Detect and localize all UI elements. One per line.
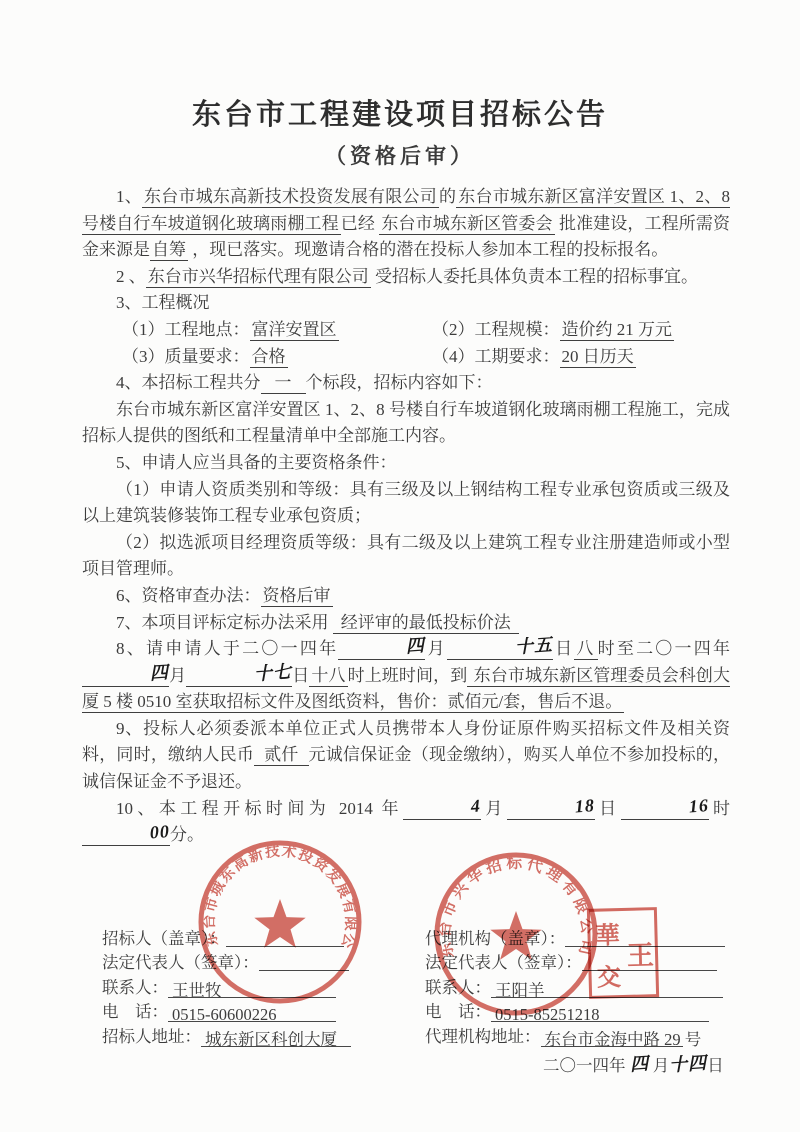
scanned-tender-announcement-page: 东台市工程建设项目招标公告 （资格后审） 1、东台市城东高新技术投资发展有限公司… [0,0,800,1132]
p6-method-underlined: 资格后审 [261,586,333,607]
p8-handwritten-month1: 四 [372,635,426,660]
p8-day2-blank: 十七 [186,665,292,687]
paragraph-8: 8、请申请人于二〇一四年四月十五日八时至二〇一四年四月十七日十八时上班时间，到 … [82,636,730,716]
seal-char-3: 王 [626,933,654,973]
project-location-value: 富洋安置区 [250,320,339,341]
paragraph-2: 2 、东台市兴华招标代理有限公司 受招标人委托具体负责本工程的招标事宜。 [82,264,730,291]
paragraph-10: 10、本工程开标时间为 2014 年4月18日16时00分。 [82,796,730,849]
p8-text5: 月 [169,666,186,685]
bidder-company-round-seal: 东台市城东高新技术投资发展有限公司 [192,834,368,1010]
p1-text4: ，现已落实。现邀请合格的潜在投标人参加本工程的投标报名。 [188,240,668,259]
bidder-address-row: 招标人地址：城东新区科创大厦 [102,1025,425,1049]
p1-bidder-name-underlined: 东台市城东高新技术投资发展有限公司 [142,187,439,208]
p2-agency-name-underlined: 东台市兴华招标代理有限公司 [146,267,371,288]
p7-method-underlined: 经评审的最低投标价法 [333,613,519,634]
date-handwritten-month: 四 [629,1049,650,1076]
p8-text2: 月 [425,639,446,658]
p4-section-count-underlined: 一 [261,373,306,394]
p1-text: 的 [439,187,456,206]
p8-month2-blank: 四 [82,665,169,687]
page-subtitle: （资格后审） [0,142,800,170]
paragraph-3-heading: 3、工程概况 [82,290,730,317]
p10-handwritten-month: 4 [436,795,481,819]
paragraph-7: 7、本项目评标定标办法采用 经评审的最低投标价法 [82,610,730,637]
agency-round-seal: 东台市兴华招标代理有限公司 [428,846,604,1022]
p8-month1-blank: 四 [338,638,425,660]
bidder-seal-star-icon [254,899,305,948]
p4-text: 4、本招标工程共分 [116,373,261,392]
overview-row-2: （3）质量要求：合格 （4）工期要求：20 日历天 [122,344,730,371]
bidder-contact-label: 联系人： [102,978,168,997]
project-location-label: （1）工程地点： [122,320,250,339]
p8-hour2-underlined: 十八 [309,666,347,687]
overview-row-1: （1）工程地点：富洋安置区 （2）工程规模：造价约 21 万元 [122,317,730,344]
paragraph-5-heading: 5、申请人应当具备的主要资格条件： [82,450,730,477]
p10-handwritten-hour: 16 [654,795,709,820]
quality-value: 合格 [250,347,288,368]
date-day-char: 日 [707,1056,724,1075]
p1-text2: 已经 [341,214,380,233]
p10-handwritten-day: 18 [540,795,595,820]
p8-text6: 日 [292,666,309,685]
p10-minute-blank: 00 [82,824,170,846]
quality-requirement: （3）质量要求：合格 [122,344,432,371]
p8-text7: 时上班时间，到 [348,666,468,685]
p10-text4: 时 [709,799,730,818]
p2-text: 受招标人委托具体负责本工程的招标事宜。 [371,267,698,286]
p10-text: 10、本工程开标时间为 2014 年 [116,799,403,818]
p10-text2: 月 [481,799,507,818]
p4-text2: 个标段，招标内容如下： [306,373,493,392]
project-overview-grid: （1）工程地点：富洋安置区 （2）工程规模：造价约 21 万元 （3）质量要求：… [82,317,730,370]
bidder-address-line: 城东新区科创大厦 [201,1028,351,1047]
agency-address-row: 代理机构地址：东台市金海中路 29 号 [425,1025,760,1049]
personal-name-seal: 華交 王 [587,907,659,999]
p10-day-blank: 18 [507,798,595,820]
date-month-char: 月 [653,1056,670,1075]
p2-number: 2 、 [116,267,146,286]
project-location: （1）工程地点：富洋安置区 [122,317,432,344]
p1-fund-source-underlined: 自筹 [150,240,188,261]
project-scale-label: （2）工程规模： [432,320,560,339]
p6-label: 6、资格审查办法： [116,586,261,605]
p8-text3: 日 [553,639,574,658]
p8-text: 8、请申请人于二〇一四年 [116,639,338,658]
p1-approver-underlined: 东台市城东新区管委会 [379,214,554,235]
paragraph-4-body: 东台市城东新区富洋安置区 1、2、8 号楼自行车坡道钢化玻璃雨棚工程施工，完成招… [82,397,730,450]
p8-hour1-underlined: 八 [574,639,597,660]
paragraph-1: 1、东台市城东高新技术投资发展有限公司的东台市城东新区富洋安置区 1、2、8 号… [82,184,730,264]
paragraph-5-item-2: （2）拟选派项目经理资质等级：具有二级及以上建筑工程专业注册建造师或小型项目管理… [82,530,730,583]
p10-handwritten-minute: 00 [115,821,170,846]
quality-label: （3）质量要求： [122,347,250,366]
paragraph-4: 4、本招标工程共分一个标段，招标内容如下： [82,370,730,397]
p8-handwritten-day1: 十五 [480,635,553,661]
paragraph-5-item-1: （1）申请人资质类别和等级：具有三级及以上钢结构工程专业承包资质或三级及以上建筑… [82,477,730,530]
project-scale: （2）工程规模：造价约 21 万元 [432,317,730,344]
p8-handwritten-month2: 四 [115,662,169,687]
announcement-date: 二〇一四年 四 月十四日 [425,1051,760,1077]
p1-number: 1、 [116,187,142,206]
date-handwritten-day: 十四 [668,1049,708,1078]
agency-address-line: 东台市金海中路 29 号 [541,1028,683,1047]
paragraph-6: 6、资格审查办法：资格后审 [82,583,730,610]
p7-label: 7、本项目评标定标办法采用 [116,613,333,632]
date-year: 二〇一四年 [543,1056,626,1075]
agency-address-label: 代理机构地址： [425,1027,541,1046]
p9-deposit-amount-underlined: 贰仟 [254,745,308,766]
p8-handwritten-day2: 十七 [219,661,292,687]
p8-text4: 时至二〇一四年 [598,639,730,658]
bidder-address-label: 招标人地址： [102,1027,201,1046]
project-scale-value: 造价约 21 万元 [560,320,675,341]
personal-seal-left-chars: 華交 [590,911,627,996]
document-body: 1、东台市城东高新技术投资发展有限公司的东台市城东新区富洋安置区 1、2、8 号… [82,184,730,849]
agency-seal-star-icon [490,911,541,960]
p10-text3: 日 [595,799,621,818]
duration-value: 20 日历天 [560,347,636,368]
duration-requirement: （4）工期要求：20 日历天 [432,344,730,371]
p10-hour-blank: 16 [621,798,709,820]
seal-char-1: 華 [595,915,620,951]
paragraph-9: 9、投标人必须委派本单位正式人员携带本人身份证原件购买招标文件及相关资料，同时，… [82,716,730,796]
p10-month-blank: 4 [403,798,481,820]
personal-seal-right-char: 王 [624,910,656,995]
bidder-phone-label: 电 话： [102,1002,168,1021]
page-title: 东台市工程建设项目招标公告 [0,0,800,134]
seal-char-2: 交 [596,957,621,993]
duration-label: （4）工期要求： [432,347,560,366]
p8-day1-blank: 十五 [447,638,553,660]
